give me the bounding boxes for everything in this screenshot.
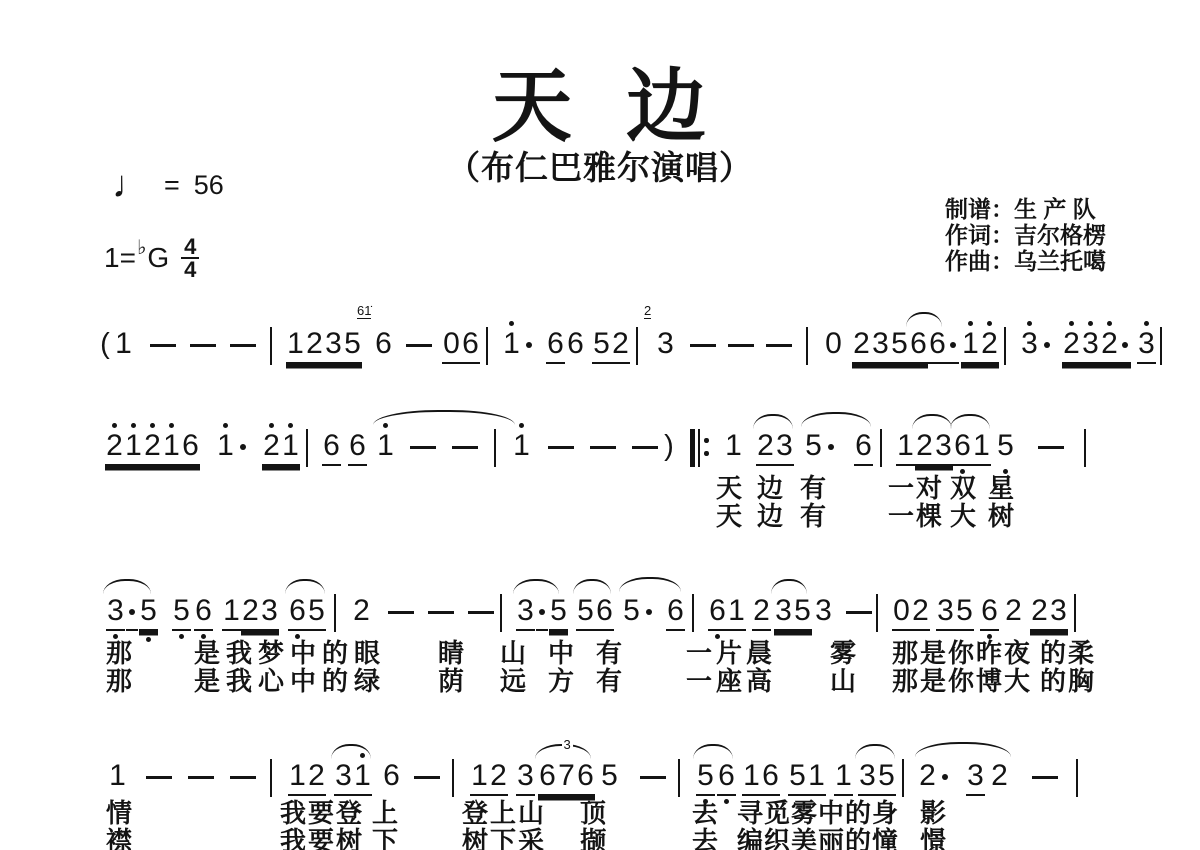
note: 6 xyxy=(708,595,727,631)
note: 6 xyxy=(348,430,367,466)
lyric-syllable: 你 xyxy=(948,639,974,667)
lyric-syllable: 撷 xyxy=(580,827,606,850)
augmentation-dot xyxy=(1119,328,1131,364)
lyric-row-2: 天边有一棵大树 xyxy=(0,502,1200,532)
barline xyxy=(500,594,502,632)
lyric-syllable: 寻 xyxy=(737,799,763,827)
barline xyxy=(692,594,694,632)
lyric-syllable: 那 xyxy=(106,667,132,695)
augmentation-dot xyxy=(126,595,138,631)
barline xyxy=(270,327,272,365)
lyric-row-1: 天边有一对双星 xyxy=(0,474,1200,504)
note: 6 xyxy=(666,595,685,631)
note: 1 xyxy=(961,328,980,364)
duration-dash xyxy=(590,446,616,449)
grace-note: 2 xyxy=(644,304,651,319)
note: 1 xyxy=(114,328,133,362)
note: 2 xyxy=(1062,328,1081,364)
lyric-syllable: 我 xyxy=(280,827,306,850)
lyric-syllable: 觅 xyxy=(764,799,790,827)
barline xyxy=(880,429,882,467)
note: 5 xyxy=(877,760,896,796)
note: 1 xyxy=(162,430,181,466)
note: 6 xyxy=(980,595,999,631)
lyric-syllable: 登 xyxy=(462,799,488,827)
note: 2 xyxy=(980,328,999,364)
note: 3 xyxy=(516,760,535,796)
lyric-syllable: 心 xyxy=(258,667,284,695)
note: 6 xyxy=(461,328,480,364)
note: 1 xyxy=(376,430,395,464)
lyric-syllable: 中 xyxy=(290,639,316,667)
augmentation-dot xyxy=(643,595,655,629)
lyric-syllable: 一 xyxy=(686,639,712,667)
lyric-syllable: 憬 xyxy=(920,827,946,850)
lyric-syllable: 顶 xyxy=(580,799,606,827)
lyric-syllable: 襟 xyxy=(106,827,132,850)
note: 6 xyxy=(953,430,972,466)
lyric-syllable: 的 xyxy=(322,667,348,695)
note: 3 xyxy=(1137,328,1156,364)
duration-dash xyxy=(468,611,494,614)
note: 3 xyxy=(106,595,125,631)
lyric-syllable: 影 xyxy=(920,799,946,827)
note: 5 xyxy=(600,760,619,794)
parenthesis: ) xyxy=(662,430,676,464)
note: 1 xyxy=(724,430,743,464)
lyric-syllable: 山 xyxy=(518,799,544,827)
lyric-syllable: 是 xyxy=(920,667,946,695)
duration-dash xyxy=(452,446,478,449)
music-line-1: (1123561̇60616652320235661232323 xyxy=(0,328,1200,372)
lyric-syllable: 博 xyxy=(976,667,1002,695)
barline xyxy=(270,759,272,797)
note: 1 xyxy=(108,760,127,794)
duration-dash xyxy=(728,344,754,347)
note: 3 xyxy=(966,760,985,796)
note: 3 xyxy=(324,328,343,364)
augmentation-dot xyxy=(939,760,951,794)
note: 1 xyxy=(222,595,241,631)
note: 5 xyxy=(793,595,812,631)
augmentation-dot xyxy=(523,328,535,362)
barline xyxy=(306,429,308,467)
duration-dash xyxy=(1038,446,1064,449)
note: 5 xyxy=(307,595,326,631)
note: 2 xyxy=(143,430,162,466)
duration-dash xyxy=(548,446,574,449)
note: 1 xyxy=(972,430,991,466)
lyric-syllable: 情 xyxy=(106,799,132,827)
note: 6 xyxy=(576,760,595,796)
note: 3 xyxy=(775,430,794,466)
note: 32 xyxy=(656,328,675,362)
duration-dash xyxy=(640,776,666,779)
lyric-syllable: 天 xyxy=(716,502,742,530)
music-line-2: 212161216611)12356123615 xyxy=(0,430,1200,474)
duration-dash xyxy=(150,344,176,347)
note: 3 xyxy=(934,430,953,466)
lyric-syllable: 大 xyxy=(1004,667,1030,695)
lyric-syllable: 有 xyxy=(596,667,622,695)
note: 5 xyxy=(996,430,1015,464)
barline xyxy=(1076,759,1078,797)
note: 2 xyxy=(852,328,871,364)
lyric-syllable: 织 xyxy=(764,827,790,850)
note: 2 xyxy=(1030,595,1049,631)
lyric-syllable: 树 xyxy=(988,502,1014,530)
note: 2 xyxy=(1004,595,1023,629)
duration-dash xyxy=(230,344,256,347)
lyric-syllable: 登 xyxy=(336,799,362,827)
note: 6 xyxy=(194,595,213,631)
barline xyxy=(486,327,488,365)
lyric-syllable: 夜 xyxy=(1004,639,1030,667)
note: 2 xyxy=(990,760,1009,794)
barline xyxy=(1160,327,1162,365)
note: 1 xyxy=(288,760,307,796)
lyric-syllable: 绿 xyxy=(354,667,380,695)
note: 2 xyxy=(262,430,281,466)
lyric-syllable: 是 xyxy=(920,639,946,667)
lyric-syllable: 睛 xyxy=(438,639,464,667)
slur-arc xyxy=(915,742,1011,757)
note: 3 xyxy=(1020,328,1039,362)
augmentation-dot xyxy=(825,430,837,464)
slur-arc xyxy=(331,744,371,759)
note: 3 xyxy=(1081,328,1100,364)
lyric-syllable: 有 xyxy=(596,639,622,667)
slur-arc xyxy=(771,579,807,594)
lyric-syllable: 要 xyxy=(308,799,334,827)
note: 6 xyxy=(288,595,307,631)
barline xyxy=(1084,429,1086,467)
note: 5 xyxy=(890,328,909,364)
lyric-syllable: 双 xyxy=(950,474,976,502)
lyric-syllable: 的 xyxy=(845,827,871,850)
note: 6 xyxy=(761,760,780,796)
lyric-syllable: 要 xyxy=(308,827,334,850)
slur-arc xyxy=(906,312,942,327)
note: 1 xyxy=(124,430,143,466)
duration-dash xyxy=(406,344,432,347)
note: 6 xyxy=(595,595,614,631)
lyric-syllable: 远 xyxy=(500,667,526,695)
note: 73 xyxy=(557,760,576,796)
augmentation-dot xyxy=(536,595,548,631)
augmentation-dot xyxy=(1041,328,1053,362)
barline xyxy=(636,327,638,365)
lyric-syllable: 座 xyxy=(716,667,742,695)
lyric-syllable: 雾 xyxy=(830,639,856,667)
lyric-syllable: 树 xyxy=(462,827,488,850)
note: 3 xyxy=(260,595,279,631)
note: 6 xyxy=(322,430,341,466)
duration-dash xyxy=(428,611,454,614)
lyric-syllable: 丽 xyxy=(818,827,844,850)
note: 561̇ xyxy=(343,328,362,364)
lyric-syllable: 那 xyxy=(892,639,918,667)
note: 6 xyxy=(538,760,557,796)
note: 1 xyxy=(353,760,372,796)
lyric-syllable: 中 xyxy=(548,639,574,667)
lyric-syllable: 棵 xyxy=(916,502,942,530)
note: 2 xyxy=(756,430,775,466)
lyric-syllable: 的 xyxy=(1040,639,1066,667)
note: 5 xyxy=(576,595,595,631)
lyric-syllable: 方 xyxy=(548,667,574,695)
note: 1 xyxy=(502,328,521,362)
note: 6 xyxy=(909,328,928,364)
lyric-syllable: 星 xyxy=(988,474,1014,502)
lyric-syllable: 我 xyxy=(226,667,252,695)
repeat-sign-icon xyxy=(690,429,710,467)
note: 2 xyxy=(305,328,324,364)
lyric-syllable: 你 xyxy=(948,667,974,695)
note: 3 xyxy=(774,595,793,631)
score-area: (1123561̇6061665232023566123232321216121… xyxy=(0,0,1200,850)
lyric-syllable: 中 xyxy=(818,799,844,827)
duration-dash xyxy=(410,446,436,449)
lyric-syllable: 那 xyxy=(892,667,918,695)
note: 3 xyxy=(1049,595,1068,631)
sheet-music-page: { "header": { "title": "天 边", "subtitle"… xyxy=(0,0,1200,850)
note: 2 xyxy=(918,760,937,794)
lyric-syllable: 有 xyxy=(800,474,826,502)
barline xyxy=(1074,594,1076,632)
note: 5 xyxy=(549,595,568,631)
lyric-syllable: 编 xyxy=(737,827,763,850)
slur-arc xyxy=(103,579,151,594)
duration-dash xyxy=(146,776,172,779)
lyric-syllable: 去 xyxy=(692,827,718,850)
lyric-syllable: 采 xyxy=(518,827,544,850)
lyric-syllable: 眼 xyxy=(354,639,380,667)
duration-dash xyxy=(414,776,440,779)
lyric-syllable: 是 xyxy=(194,639,220,667)
lyric-syllable: 的 xyxy=(322,639,348,667)
slur-arc xyxy=(573,579,611,594)
lyric-syllable: 身 xyxy=(872,799,898,827)
note: 5 xyxy=(622,595,641,629)
lyric-syllable: 边 xyxy=(757,502,783,530)
lyric-syllable: 昨 xyxy=(976,639,1002,667)
note: 6 xyxy=(546,328,565,364)
barline xyxy=(806,327,808,365)
duration-dash xyxy=(766,344,792,347)
note: 1 xyxy=(512,430,531,464)
note: 5 xyxy=(804,430,823,464)
slur-arc xyxy=(693,744,733,759)
lyric-syllable: 梦 xyxy=(258,639,284,667)
note: 6 xyxy=(717,760,736,796)
lyric-syllable: 片 xyxy=(716,639,742,667)
lyric-row-5: 情我要登上登上山顶去寻觅雾中的身影 xyxy=(0,799,1200,829)
note: 3 xyxy=(334,760,353,796)
lyric-syllable: 去 xyxy=(692,799,718,827)
slur-arc xyxy=(753,414,793,429)
slur-arc xyxy=(950,414,990,429)
barline xyxy=(678,759,680,797)
barline xyxy=(452,759,454,797)
note: 2 xyxy=(489,760,508,796)
augmentation-dot xyxy=(237,430,249,464)
note: 5 xyxy=(955,595,974,631)
grace-note: 61̇ xyxy=(357,304,371,319)
note: 6 xyxy=(928,328,947,364)
lyric-syllable: 荫 xyxy=(438,667,464,695)
note: 2 xyxy=(241,595,260,631)
note: 1 xyxy=(216,430,235,464)
note: 6 xyxy=(181,430,200,466)
note: 6 xyxy=(374,328,393,362)
lyric-syllable: 晨 xyxy=(746,639,772,667)
lyric-syllable: 一 xyxy=(888,502,914,530)
augmentation-dot xyxy=(947,328,959,364)
note: 1 xyxy=(727,595,746,631)
duration-dash xyxy=(190,344,216,347)
barline xyxy=(1004,327,1006,365)
lyric-syllable: 有 xyxy=(800,502,826,530)
slur-arc xyxy=(912,414,952,429)
lyric-syllable: 边 xyxy=(757,474,783,502)
lyric-syllable: 憧 xyxy=(872,827,898,850)
duration-dash xyxy=(230,776,256,779)
lyric-syllable: 中 xyxy=(290,667,316,695)
duration-dash xyxy=(188,776,214,779)
lyric-syllable: 上 xyxy=(372,799,398,827)
note: 5 xyxy=(139,595,158,631)
note: 3 xyxy=(871,328,890,364)
triplet-number: 3 xyxy=(562,739,573,751)
lyric-syllable: 胸 xyxy=(1068,667,1094,695)
note: 3 xyxy=(516,595,535,631)
note: 1 xyxy=(281,430,300,466)
note: 3 xyxy=(814,595,833,629)
duration-dash xyxy=(846,611,872,614)
lyric-syllable: 我 xyxy=(280,799,306,827)
note: 1 xyxy=(834,760,853,796)
slur-arc xyxy=(285,579,325,594)
lyric-syllable: 的 xyxy=(1040,667,1066,695)
lyric-syllable: 的 xyxy=(845,799,871,827)
note: 2 xyxy=(105,430,124,466)
barline xyxy=(334,594,336,632)
lyric-syllable: 高 xyxy=(746,667,772,695)
note: 6 xyxy=(566,328,585,362)
lyric-syllable: 美 xyxy=(791,827,817,850)
note: 2 xyxy=(752,595,771,631)
slur-arc xyxy=(619,577,681,592)
note: 2 xyxy=(611,328,630,364)
rest-note: 0 xyxy=(442,328,461,364)
duration-dash xyxy=(1032,776,1058,779)
music-line-3: 355612365235565661235302356223 xyxy=(0,595,1200,639)
note: 1 xyxy=(470,760,489,796)
lyric-syllable: 柔 xyxy=(1068,639,1094,667)
duration-dash xyxy=(632,446,658,449)
note: 1 xyxy=(286,328,305,364)
note: 5 xyxy=(592,328,611,364)
note: 2 xyxy=(307,760,326,796)
note: 3 xyxy=(936,595,955,631)
note: 1 xyxy=(896,430,915,466)
slur-arc xyxy=(513,579,559,594)
lyric-syllable: 对 xyxy=(916,474,942,502)
note: 6 xyxy=(854,430,873,466)
slur-arc xyxy=(855,744,895,759)
note: 5 xyxy=(788,760,807,796)
lyric-syllable: 下 xyxy=(372,827,398,850)
note: 2 xyxy=(352,595,371,629)
note: 1 xyxy=(742,760,761,796)
lyric-syllable: 大 xyxy=(950,502,976,530)
lyric-syllable: 天 xyxy=(716,474,742,502)
lyric-syllable: 一 xyxy=(686,667,712,695)
duration-dash xyxy=(690,344,716,347)
slur-arc xyxy=(801,412,871,427)
lyric-syllable: 树 xyxy=(336,827,362,850)
note: 2 xyxy=(1100,328,1119,364)
note: 5 xyxy=(696,760,715,796)
note: 6 xyxy=(382,760,401,794)
barline xyxy=(494,429,496,467)
parenthesis: ( xyxy=(98,328,112,362)
duration-dash xyxy=(388,611,414,614)
note: 3 xyxy=(858,760,877,796)
note: 2 xyxy=(911,595,930,631)
lyric-syllable: 下 xyxy=(490,827,516,850)
lyric-syllable: 上 xyxy=(490,799,516,827)
rest-note: 0 xyxy=(892,595,911,631)
barline xyxy=(876,594,878,632)
lyric-syllable: 我 xyxy=(226,639,252,667)
rest-note: 0 xyxy=(824,328,843,362)
note: 5 xyxy=(172,595,191,631)
lyric-syllable: 山 xyxy=(500,639,526,667)
note: 2 xyxy=(915,430,934,466)
slur-arc xyxy=(373,410,515,425)
lyric-syllable: 是 xyxy=(194,667,220,695)
lyric-row-4: 那是我心中的绿荫远方有一座高山那是你博大的胸 xyxy=(0,667,1200,697)
note: 1 xyxy=(807,760,826,796)
lyric-row-6: 襟我要树下树下采撷去编织美丽的憧憬 xyxy=(0,827,1200,850)
lyric-syllable: 那 xyxy=(106,639,132,667)
lyric-row-3: 那是我梦中的眼睛山中有一片晨雾那是你昨夜的柔 xyxy=(0,639,1200,669)
lyric-syllable: 山 xyxy=(830,667,856,695)
lyric-syllable: 雾 xyxy=(791,799,817,827)
lyric-syllable: 一 xyxy=(888,474,914,502)
barline xyxy=(902,759,904,797)
